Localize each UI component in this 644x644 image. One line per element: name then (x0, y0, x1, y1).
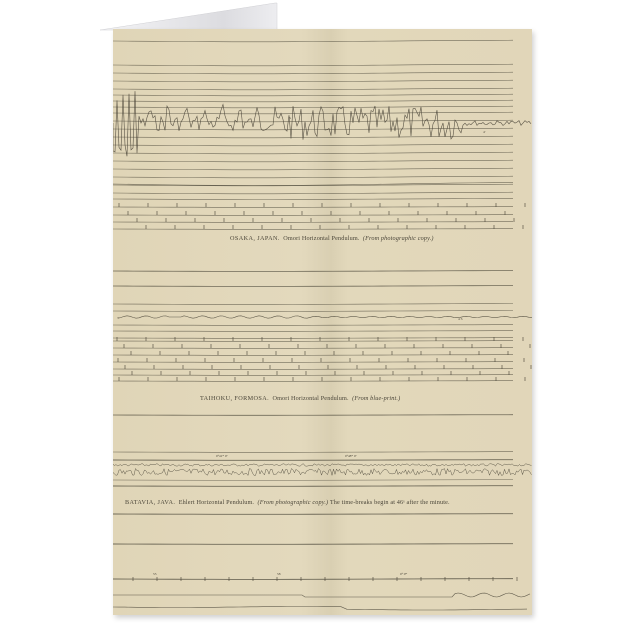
svg-text:58: 58 (277, 572, 281, 576)
instrument-name: Omori Horizontal Pendulum. (283, 235, 359, 242)
svg-text:4 S: 4 S (458, 317, 463, 321)
instrument-name: Ehlert Horizontal Pendulum. (179, 499, 254, 506)
card-front: S4'4 S0ʰ41ᵐ 0ˢ0ʰ48ᵐ 0ˢ55580ʰ 0ᵐ OSAKA, J… (113, 29, 532, 615)
caption-taihoku: TAIHOKU, FORMOSA. Omori Horizontal Pendu… (200, 395, 400, 402)
svg-text:0ʰ 0ᵐ: 0ʰ 0ᵐ (400, 572, 407, 576)
svg-text:0ʰ41ᵐ 0ˢ: 0ʰ41ᵐ 0ˢ (216, 454, 228, 458)
source-note: (From photographic copy.) (258, 499, 329, 506)
svg-text:S: S (289, 116, 291, 120)
time-break-note: The time-breaks begin at 46ˢ after the m… (330, 499, 450, 506)
station-name: BATAVIA, JAVA. (125, 499, 175, 506)
svg-text:0ʰ48ᵐ 0ˢ: 0ʰ48ᵐ 0ˢ (345, 454, 357, 458)
product-image: S4'4 S0ʰ41ᵐ 0ˢ0ʰ48ᵐ 0ˢ55580ʰ 0ᵐ OSAKA, J… (0, 0, 644, 644)
station-name: TAIHOKU, FORMOSA. (200, 395, 269, 402)
source-note: (From blue-print.) (352, 395, 400, 402)
svg-text:55: 55 (153, 572, 157, 576)
instrument-name: Omori Horizontal Pendulum. (272, 395, 348, 402)
svg-text:4': 4' (483, 130, 486, 134)
source-note: (From photographic copy.) (363, 235, 434, 242)
seismogram-traces: S4'4 S0ʰ41ᵐ 0ˢ0ʰ48ᵐ 0ˢ55580ʰ 0ᵐ (113, 29, 532, 615)
caption-batavia: BATAVIA, JAVA. Ehlert Horizontal Pendulu… (125, 499, 450, 506)
station-name: OSAKA, JAPAN. (230, 235, 280, 242)
caption-osaka: OSAKA, JAPAN. Omori Horizontal Pendulum.… (230, 235, 434, 242)
